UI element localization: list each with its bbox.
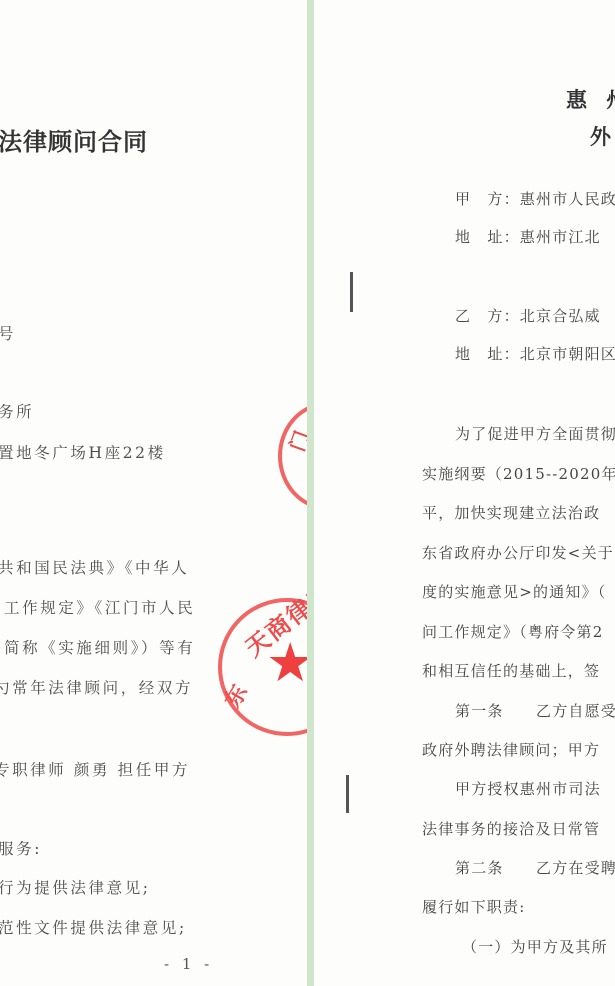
text-line: 政府外聘法律顾问；甲方 xyxy=(422,739,600,760)
text-line: 问工作规定》（粤府令第2 xyxy=(422,621,603,642)
text-line: 号 xyxy=(0,322,16,344)
list-item-line: （一）为甲方及其所 xyxy=(462,936,608,957)
seal-stamp-top xyxy=(278,402,307,510)
party-b-address-line: 地 址：北京市朝阳区 xyxy=(455,343,615,364)
page-number: - 1 - xyxy=(164,955,213,973)
text-line: 专职律师 颜勇 担任甲方 xyxy=(0,758,190,780)
text-line: 法律事务的接洽及日常管 xyxy=(422,818,600,839)
text-line: 度的实施意见>的通知》（ xyxy=(422,581,606,602)
text-line: 和相互信任的基础上，签 xyxy=(422,660,600,681)
text-line: 平，加快实现建立法治政 xyxy=(422,502,600,523)
party-a-line: 甲 方：惠州市人民政 xyxy=(455,188,615,209)
left-document-page: 法律顾问合同 号 务所 置地冬广场H座22楼 共和国民法典》《中华人 工作规定》… xyxy=(0,0,307,986)
text-line: 工作规定》《江门市人民 xyxy=(4,596,195,618)
contract-title-line1: 惠 州 xyxy=(566,84,615,114)
star-icon: ★ xyxy=(266,636,307,690)
binding-mark xyxy=(350,272,353,312)
party-b-line: 乙 方：北京合弘威 xyxy=(455,305,601,326)
text-line: 共和国民法典》《中华人 xyxy=(0,556,189,578)
contract-title: 法律顾问合同 xyxy=(0,122,148,157)
page-divider xyxy=(307,0,314,986)
text-line: 实施纲要（2015--2020年 xyxy=(422,463,615,484)
text-line: 服务: xyxy=(0,837,42,859)
article-1-line: 第一条 乙方自愿受 xyxy=(455,700,615,721)
text-line: 务所 xyxy=(0,400,34,422)
article-2-line: 第二条 乙方在受聘 xyxy=(455,857,615,878)
text-line: 东省政府办公厅印发<关于 xyxy=(422,542,614,563)
text-line: 置地冬广场H座22楼 xyxy=(0,441,166,463)
text-line: 行为提供法律意见; xyxy=(0,876,151,898)
party-a-address-line: 地 址：惠州市江北 xyxy=(455,226,601,247)
text-line: 范性文件提供法律意见; xyxy=(0,916,187,938)
text-line: 勺常年法律顾问，经双方 xyxy=(0,676,193,698)
text-line: 为了促进甲方全面贯彻 xyxy=(455,423,615,444)
text-line: 履行如下职责: xyxy=(422,896,525,917)
contract-title-line2: 外聘 xyxy=(590,121,615,151)
binding-mark xyxy=(346,775,349,813)
text-line: 简称《实施细则》）等有 xyxy=(4,636,195,658)
text-line: 甲方授权惠州市司法 xyxy=(455,778,601,799)
right-document-page: 惠 州 外聘 甲 方：惠州市人民政 地 址：惠州市江北 乙 方：北京合弘威 地 … xyxy=(314,0,615,986)
